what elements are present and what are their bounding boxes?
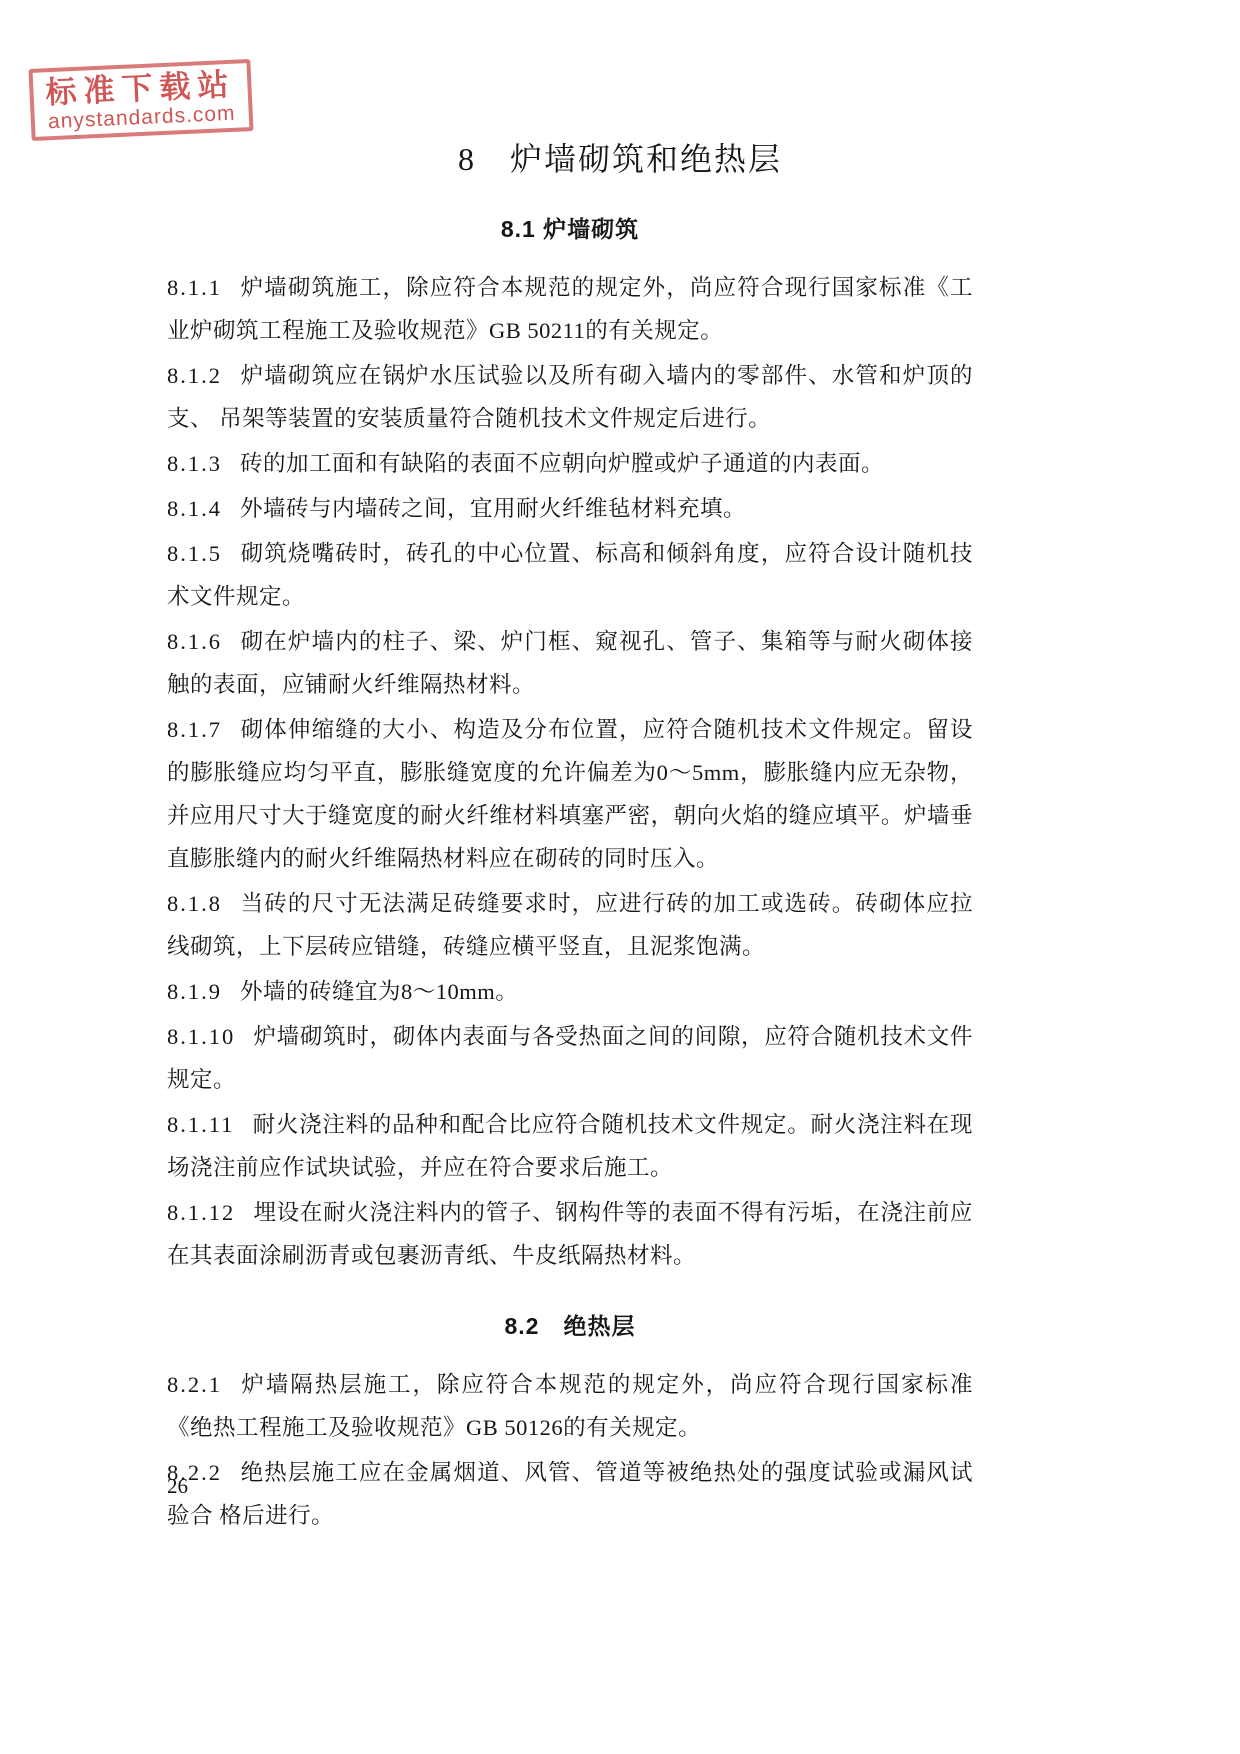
clause-8.2.1: 8.2.1炉墙隔热层施工，除应符合本规范的规定外，尚应符合现行国家标准《绝热工程… <box>167 1363 973 1449</box>
clause-text: 砌在炉墙内的柱子、梁、炉门框、窥视孔、管子、集箱等与耐火砌体接触的表面，应铺耐火… <box>167 629 973 697</box>
clause-number: 8.1.2 <box>167 363 240 388</box>
clause-text: 外墙的砖缝宜为8～10mm。 <box>240 979 518 1004</box>
clause-8.1.2: 8.1.2炉墙砌筑应在锅炉水压试验以及所有砌入墙内的零部件、水管和炉顶的支、 吊… <box>167 354 973 440</box>
document-page: 标准下载站 anystandards.com 8 炉墙砌筑和绝热层 8.1 炉墙… <box>0 0 1240 1754</box>
clause-text: 埋设在耐火浇注料内的管子、钢构件等的表面不得有污垢，在浇注前应在其表面涂刷沥青或… <box>167 1200 973 1268</box>
clause-number: 8.1.10 <box>167 1024 253 1049</box>
clause-8.1.8: 8.1.8当砖的尺寸无法满足砖缝要求时，应进行砖的加工或选砖。砖砌体应拉线砌筑，… <box>167 882 973 968</box>
clause-text: 砌体伸缩缝的大小、构造及分布位置，应符合随机技术文件规定。留设的膨胀缝应均匀平直… <box>167 717 973 871</box>
clause-8.1.12: 8.1.12埋设在耐火浇注料内的管子、钢构件等的表面不得有污垢，在浇注前应在其表… <box>167 1191 973 1277</box>
clause-8.2.2: 8.2.2绝热层施工应在金属烟道、风管、管道等被绝热处的强度试验或漏风试验合 格… <box>167 1451 973 1537</box>
clause-8.1.1: 8.1.1炉墙砌筑施工，除应符合本规范的规定外，尚应符合现行国家标准《工业炉砌筑… <box>167 266 973 352</box>
section-heading-2: 8.2 绝热层 <box>167 1311 973 1341</box>
section-heading-1: 8.1 炉墙砌筑 <box>167 214 973 244</box>
clause-text: 炉墙隔热层施工，除应符合本规范的规定外，尚应符合现行国家标准《绝热工程施工及验收… <box>167 1372 973 1440</box>
watermark-stamp: 标准下载站 anystandards.com <box>28 59 253 141</box>
clause-text: 砌筑烧嘴砖时，砖孔的中心位置、标高和倾斜角度，应符合设计随机技术文件规定。 <box>167 541 973 609</box>
clause-8.1.10: 8.1.10炉墙砌筑时，砌体内表面与各受热面之间的间隙，应符合随机技术文件规定。 <box>167 1015 973 1101</box>
clause-8.1.11: 8.1.11耐火浇注料的品种和配合比应符合随机技术文件规定。耐火浇注料在现场浇注… <box>167 1103 973 1189</box>
clause-number: 8.2.1 <box>167 1372 240 1397</box>
clause-number: 8.1.8 <box>167 891 240 916</box>
clause-number: 8.1.1 <box>167 275 240 300</box>
clause-number: 8.1.5 <box>167 541 240 566</box>
clause-8.1.9: 8.1.9外墙的砖缝宜为8～10mm。 <box>167 970 973 1013</box>
clause-number: 8.1.12 <box>167 1200 253 1225</box>
clause-text: 耐火浇注料的品种和配合比应符合随机技术文件规定。耐火浇注料在现场浇注前应作试块试… <box>167 1112 973 1180</box>
clause-number: 8.1.3 <box>167 451 240 476</box>
clause-8.1.3: 8.1.3砖的加工面和有缺陷的表面不应朝向炉膛或炉子通道的内表面。 <box>167 442 973 485</box>
clause-text: 绝热层施工应在金属烟道、风管、管道等被绝热处的强度试验或漏风试验合 格后进行。 <box>167 1460 973 1528</box>
document-body: 8.1 炉墙砌筑8.1.1炉墙砌筑施工，除应符合本规范的规定外，尚应符合现行国家… <box>167 214 973 1537</box>
clause-text: 炉墙砌筑时，砌体内表面与各受热面之间的间隙，应符合随机技术文件规定。 <box>167 1024 973 1092</box>
clause-8.1.6: 8.1.6砌在炉墙内的柱子、梁、炉门框、窥视孔、管子、集箱等与耐火砌体接触的表面… <box>167 620 973 706</box>
clause-text: 外墙砖与内墙砖之间，宜用耐火纤维毡材料充填。 <box>240 496 746 521</box>
clause-text: 炉墙砌筑应在锅炉水压试验以及所有砌入墙内的零部件、水管和炉顶的支、 吊架等装置的… <box>167 363 973 431</box>
clause-8.1.7: 8.1.7砌体伸缩缝的大小、构造及分布位置，应符合随机技术文件规定。留设的膨胀缝… <box>167 708 973 880</box>
clause-8.1.4: 8.1.4外墙砖与内墙砖之间，宜用耐火纤维毡材料充填。 <box>167 487 973 530</box>
clause-number: 8.1.4 <box>167 496 240 521</box>
clause-text: 砖的加工面和有缺陷的表面不应朝向炉膛或炉子通道的内表面。 <box>240 451 884 476</box>
clause-number: 8.1.9 <box>167 979 240 1004</box>
clause-number: 8.1.7 <box>167 717 240 742</box>
clause-text: 当砖的尺寸无法满足砖缝要求时，应进行砖的加工或选砖。砖砌体应拉线砌筑，上下层砖应… <box>167 891 973 959</box>
clause-8.1.5: 8.1.5砌筑烧嘴砖时，砖孔的中心位置、标高和倾斜角度，应符合设计随机技术文件规… <box>167 532 973 618</box>
clause-number: 8.1.6 <box>167 629 240 654</box>
page-number: 26 <box>167 1474 188 1499</box>
clause-number: 8.1.11 <box>167 1112 252 1137</box>
clause-text: 炉墙砌筑施工，除应符合本规范的规定外，尚应符合现行国家标准《工业炉砌筑工程施工及… <box>167 275 973 343</box>
